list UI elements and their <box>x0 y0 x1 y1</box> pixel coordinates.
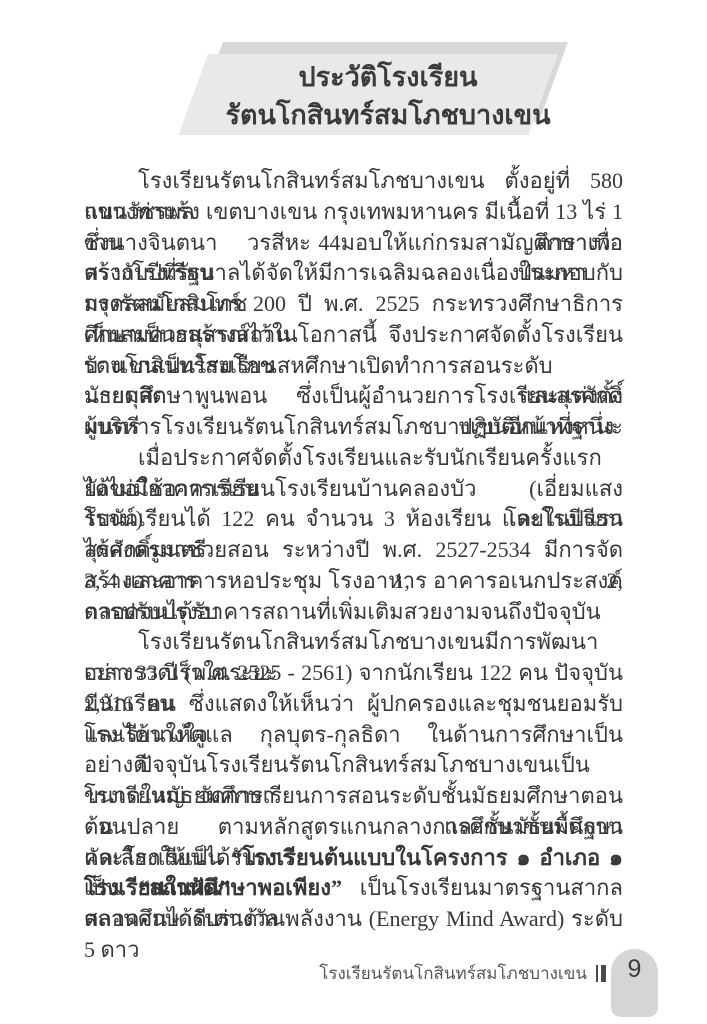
text-segment: สถานศึกษาดีเด่นด้านพลังงาน (Energy Mind … <box>84 906 623 962</box>
text-segment: การปรับปรุงอาคารสถานที่เพิ่มเติมสวยงามจน… <box>84 599 601 624</box>
paragraph: โรงเรียนรัตนโกสินทร์สมโภชบางเขน ตั้งอยู่… <box>84 166 623 443</box>
text-segment: ผู้บริหารโรงเรียนรัตนโกสินทร์สมโภชบางเขน… <box>84 414 614 439</box>
bold-text-segment: “สถานศึกษาพอเพียง” <box>138 875 342 900</box>
text-line: เมื่อประกาศจัดตั้งโรงเรียนและรับนักเรียน… <box>84 443 623 474</box>
page-title-line2: รัตนโกสินทร์สมโภชบางเขน <box>188 96 588 134</box>
page-number-tab: 9 <box>611 949 658 1017</box>
text-line: โรงเรียนรัตนโกสินทร์สมโภชบางเขนมีการพัฒน… <box>84 627 623 658</box>
text-line: เป็น “สถานศึกษาพอเพียง” เป็นโรงเรียนมาตร… <box>84 873 623 904</box>
text-line: ขนาดใหญ่ จัดการเรียนการสอนระดับชั้นมัธยม… <box>84 781 623 812</box>
text-line: สถานศึกษาดีเด่นด้านพลังงาน (Energy Mind … <box>84 904 623 935</box>
paragraph: โรงเรียนรัตนโกสินทร์สมโภชบางเขนมีการพัฒน… <box>84 627 623 750</box>
text-line: คัดเลือกให้เป็น “โรงเรียนต้นแบบในโครงการ… <box>84 843 623 874</box>
footer: โรงเรียนรัตนโกสินทร์สมโภชบางเขน <box>0 960 606 987</box>
page-title-line1: ประวัติโรงเรียน <box>188 58 588 96</box>
text-line: ศึกษาเป็นอนุสรณ์ไว้ในโอกาสนี้ จึงประกาศจ… <box>84 320 623 351</box>
page-title: ประวัติโรงเรียน รัตนโกสินทร์สมโภชบางเขน <box>188 58 588 134</box>
double-bar-thin-stroke <box>596 965 598 982</box>
text-line: 3, 4 และอาคารหอประชุม โรงอาหาร อาคารอเนก… <box>84 566 623 597</box>
page-container: ประวัติโรงเรียน รัตนโกสินทร์สมโภชบางเขน … <box>0 0 707 1024</box>
text-line: เวลา 33 ปี (พ.ศ. 2525 - 2561) จากนักเรีย… <box>84 658 623 689</box>
text-segment: เป็น <box>84 875 138 900</box>
header-banner: ประวัติโรงเรียน รัตนโกสินทร์สมโภชบางเขน <box>178 42 578 142</box>
text-line: ได้ส่งครูมาช่วยสอน ระหว่างปี พ.ศ. 2527-2… <box>84 535 623 566</box>
text-line: 2,316 คน ซึ่งแสดงให้เห็นว่า ผู้ปกครองและ… <box>84 689 623 720</box>
text-line: รับนักเรียนได้ 122 คน จำนวน 3 ห้องเรียน … <box>84 504 623 535</box>
double-bar-icon <box>596 965 606 982</box>
text-line: ได้ขอใช้อาคารเรียนโรงเรียนบ้านคลองบัว (เ… <box>84 474 623 505</box>
text-line: โรงเรียนรัตนโกสินทร์สมโภชบางเขน ตั้งอยู่… <box>84 166 623 197</box>
page-number: 9 <box>628 955 642 984</box>
text-line: ซึ่งนางจินตนา วรสีหะ มอบให้แก่กรมสามัญศึ… <box>84 228 623 259</box>
text-line: ปัจจุบันโรงเรียนรัตนโกสินทร์สมโภชบางเขนเ… <box>84 750 623 781</box>
text-line: นายดุสิต พูนพอน ซึ่งเป็นผู้อำนวยการโรงเร… <box>84 381 623 412</box>
text-line: กรุงรัตนโกสินทร์ 200 ปี พ.ศ. 2525 กระทรว… <box>84 289 623 320</box>
text-line: ตอนปลาย ตามหลักสูตรแกนกลางการศึกษาขั้นพื… <box>84 812 623 843</box>
text-line: แขวงท่าแร้ง เขตบางเขน กรุงเทพมหานคร มีเน… <box>84 197 623 228</box>
text-line: การปรับปรุงอาคารสถานที่เพิ่มเติมสวยงามจน… <box>84 597 623 628</box>
body-text: โรงเรียนรัตนโกสินทร์สมโภชบางเขน ตั้งอยู่… <box>84 166 623 935</box>
text-line: ตรงกับปีที่รัฐบาลได้จัดให้มีการเฉลิมฉลอง… <box>84 258 623 289</box>
double-bar-thick-stroke <box>601 965 606 982</box>
text-line: โรงเรียนให้ดูแล กุลบุตร-กุลธิดา ในด้านกา… <box>84 720 623 751</box>
text-line: ผู้บริหารโรงเรียนรัตนโกสินทร์สมโภชบางเขน… <box>84 412 623 443</box>
paragraph: เมื่อประกาศจัดตั้งโรงเรียนและรับนักเรียน… <box>84 443 623 628</box>
footer-school-name: โรงเรียนรัตนโกสินทร์สมโภชบางเขน <box>319 960 587 987</box>
text-line: บางเขนเป็นโรงเรียนสหศึกษาเปิดทำการสอนระด… <box>84 351 623 382</box>
paragraph: ปัจจุบันโรงเรียนรัตนโกสินทร์สมโภชบางเขนเ… <box>84 750 623 935</box>
text-segment: คัดเลือกให้เป็น <box>84 845 231 870</box>
